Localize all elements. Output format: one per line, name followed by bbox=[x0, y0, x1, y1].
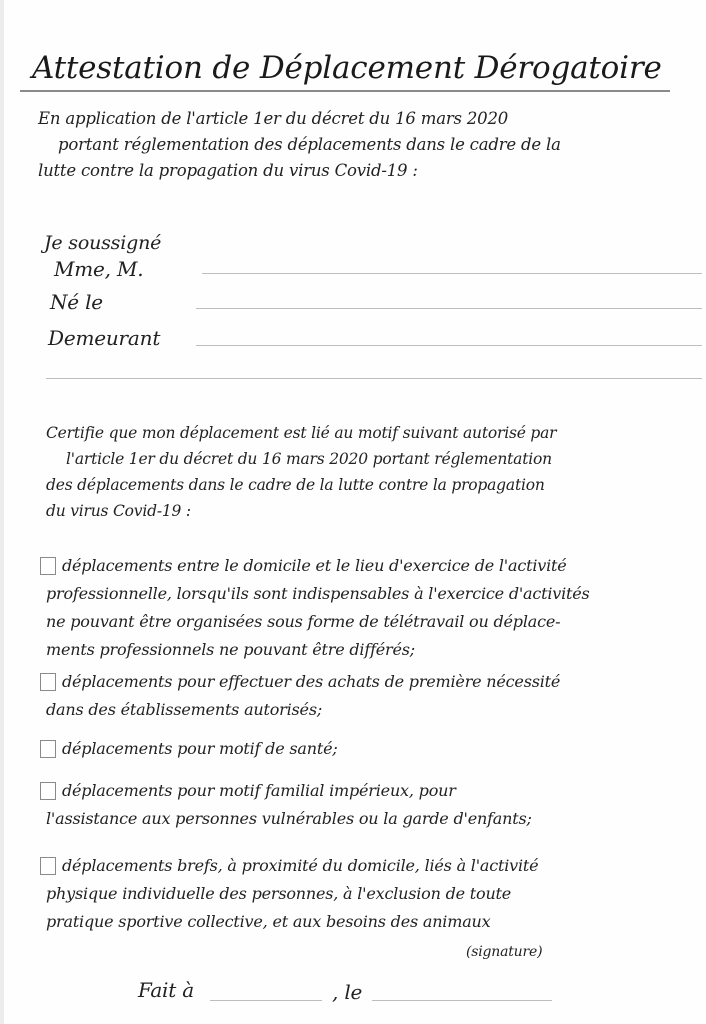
birthdate-label: Né le bbox=[50, 290, 103, 314]
name-label: Mme, M. bbox=[54, 257, 143, 281]
option-text: déplacements pour effectuer des achats d… bbox=[62, 668, 560, 696]
signature-label: (signature) bbox=[466, 944, 542, 960]
fait-a-field[interactable] bbox=[210, 1000, 322, 1001]
date-label: , le bbox=[332, 980, 362, 1004]
attestation-page: Attestation de Déplacement Dérogatoire E… bbox=[0, 0, 706, 1024]
name-field[interactable] bbox=[202, 273, 702, 274]
option-exercise-checkbox[interactable] bbox=[40, 857, 56, 875]
option-shopping: déplacements pour effectuer des achats d… bbox=[40, 668, 560, 724]
intro-line: En application de l'article 1er du décre… bbox=[38, 106, 561, 132]
certification-paragraph: Certifie que mon déplacement est lié au … bbox=[46, 420, 556, 524]
address-field-extra-line[interactable] bbox=[46, 378, 702, 379]
fait-a-label: Fait à bbox=[138, 978, 194, 1002]
document-title: Attestation de Déplacement Dérogatoire bbox=[32, 50, 662, 86]
option-text: dans des établissements autorisés; bbox=[40, 696, 560, 724]
title-underline bbox=[20, 90, 670, 92]
option-text: pratique sportive collective, et aux bes… bbox=[40, 908, 538, 936]
option-work-checkbox[interactable] bbox=[40, 557, 56, 575]
option-text: l'assistance aux personnes vulnérables o… bbox=[40, 805, 532, 833]
option-text: ne pouvant être organisées sous forme de… bbox=[40, 608, 590, 636]
option-text: déplacements brefs, à proximité du domic… bbox=[62, 852, 538, 880]
date-field[interactable] bbox=[372, 1000, 552, 1001]
address-label: Demeurant bbox=[48, 326, 160, 350]
birthdate-field[interactable] bbox=[196, 308, 702, 309]
intro-line: portant réglementation des déplacements … bbox=[38, 132, 561, 158]
option-text: physique individuelle des personnes, à l… bbox=[40, 880, 538, 908]
certify-line: Certifie que mon déplacement est lié au … bbox=[46, 420, 556, 446]
intro-paragraph: En application de l'article 1er du décre… bbox=[38, 106, 561, 184]
option-text: professionnelle, lorsqu'ils sont indispe… bbox=[40, 580, 590, 608]
option-work: déplacements entre le domicile et le lie… bbox=[40, 552, 590, 664]
intro-line: lutte contre la propagation du virus Cov… bbox=[38, 158, 561, 184]
option-text: déplacements entre le domicile et le lie… bbox=[62, 552, 567, 580]
identity-heading: Je soussigné bbox=[44, 232, 161, 254]
option-text: déplacements pour motif de santé; bbox=[62, 735, 338, 763]
certify-line: des déplacements dans le cadre de la lut… bbox=[46, 472, 556, 498]
option-text: déplacements pour motif familial impérie… bbox=[62, 777, 456, 805]
option-exercise: déplacements brefs, à proximité du domic… bbox=[40, 852, 538, 936]
option-family-checkbox[interactable] bbox=[40, 782, 56, 800]
option-text: ments professionnels ne pouvant être dif… bbox=[40, 636, 590, 664]
option-shopping-checkbox[interactable] bbox=[40, 673, 56, 691]
option-health: déplacements pour motif de santé; bbox=[40, 735, 338, 763]
certify-line: du virus Covid-19 : bbox=[46, 498, 556, 524]
address-field[interactable] bbox=[196, 345, 702, 346]
certify-line: l'article 1er du décret du 16 mars 2020 … bbox=[46, 446, 556, 472]
option-health-checkbox[interactable] bbox=[40, 740, 56, 758]
option-family: déplacements pour motif familial impérie… bbox=[40, 777, 532, 833]
